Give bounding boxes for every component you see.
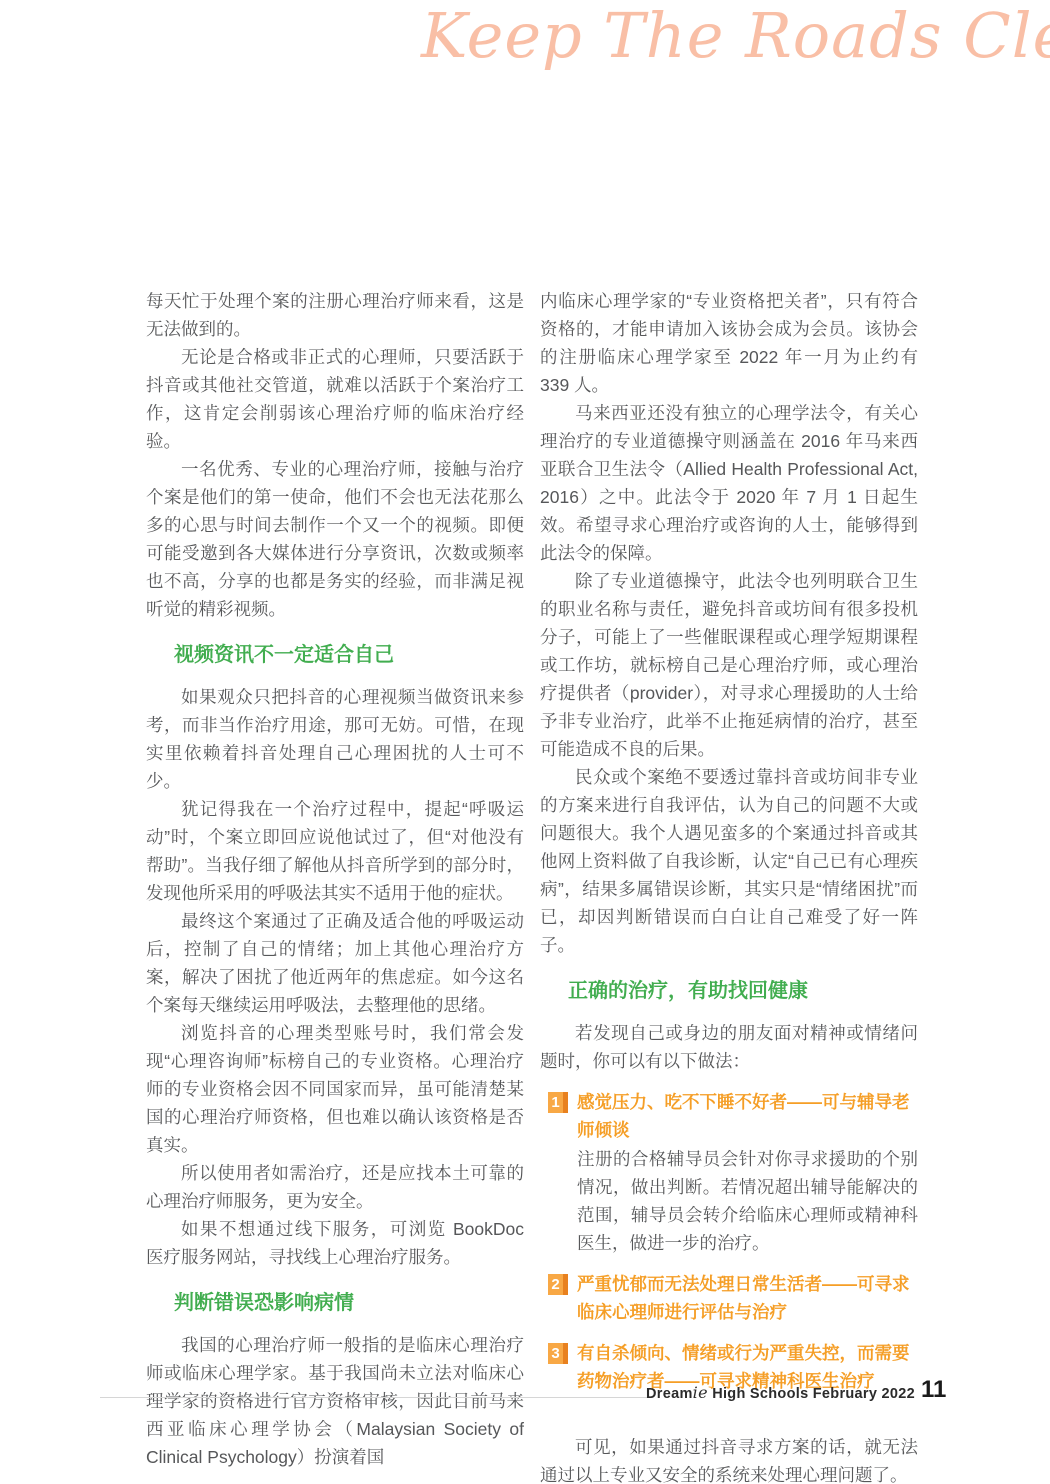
- body-paragraph: 最终这个案通过了正确及适合他的呼吸运动后，控制了自己的情绪；加上其他心理治疗方案…: [146, 907, 524, 1019]
- body-paragraph: 如果观众只把抖音的心理视频当做资讯来参考，而非当作治疗用途，那可无妨。可惜，在现…: [146, 683, 524, 795]
- magazine-page: Keep The Roads Clear 每天忙于处理个案的注册心理治疗师来看，…: [0, 0, 1050, 1484]
- body-paragraph: 除了专业道德操守，此法令也列明联合卫生的职业名称与责任，避免抖音或坊间有很多投机…: [540, 567, 918, 763]
- article-columns: 每天忙于处理个案的注册心理治疗师来看，这是无法做到的。无论是合格或非正式的心理师…: [146, 287, 918, 1484]
- list-number-badge: 2: [548, 1274, 568, 1295]
- magazine-name-prefix: Dream: [646, 1386, 693, 1402]
- numbered-advice-item: 1感觉压力、吃不下睡不好者——可与辅导老师倾谈注册的合格辅导员会针对你寻求援助的…: [540, 1088, 918, 1257]
- body-paragraph: 所以使用者如需治疗，还是应找本土可靠的心理治疗师服务，更为安全。: [146, 1159, 524, 1215]
- body-paragraph: 每天忙于处理个案的注册心理治疗师来看，这是无法做到的。: [146, 287, 524, 343]
- list-item-title: 感觉压力、吃不下睡不好者——可与辅导老师倾谈: [577, 1088, 918, 1144]
- body-paragraph: 内临床心理学家的“专业资格把关者”，只有符合资格的，才能申请加入该协会成为会员。…: [540, 287, 918, 399]
- section-heading: 正确的治疗，有助找回健康: [540, 976, 918, 1006]
- body-paragraph: 若发现自己或身边的朋友面对精神或情绪问题时，你可以有以下做法：: [540, 1019, 918, 1075]
- magazine-name-script: ie: [693, 1383, 708, 1402]
- body-paragraph: 无论是合格或非正式的心理师，只要活跃于抖音或其他社交管道，就难以活跃于个案治疗工…: [146, 343, 524, 455]
- list-number-badge: 1: [548, 1092, 568, 1113]
- magazine-issue-label: High Schools February 2022: [708, 1386, 915, 1402]
- body-paragraph: 可见，如果通过抖音寻求方案的话，就无法通过以上专业又安全的系统来处理心理问题了。: [540, 1433, 918, 1484]
- list-item-title: 严重忧郁而无法处理日常生活者——可寻求临床心理师进行评估与治疗: [577, 1270, 918, 1326]
- page-number: 11: [921, 1376, 946, 1404]
- body-paragraph: 犹记得我在一个治疗过程中，提起“呼吸运动”时，个案立即回应说他试过了，但“对他没…: [146, 795, 524, 907]
- body-paragraph: 民众或个案绝不要透过靠抖音或坊间非专业的方案来进行自我评估，认为自己的问题不大或…: [540, 763, 918, 959]
- body-paragraph: 浏览抖音的心理类型账号时，我们常会发现“心理咨询师”标榜自己的专业资格。心理治疗…: [146, 1019, 524, 1159]
- section-heading: 判断错误恐影响病情: [146, 1288, 524, 1318]
- numbered-advice-item: 2严重忧郁而无法处理日常生活者——可寻求临床心理师进行评估与治疗: [540, 1270, 918, 1326]
- article-column-right: 内临床心理学家的“专业资格把关者”，只有符合资格的，才能申请加入该协会成为会员。…: [540, 287, 918, 1484]
- running-head-script-title: Keep The Roads Clear: [421, 0, 1050, 76]
- body-paragraph: 马来西亚还没有独立的心理学法令，有关心理治疗的专业道德操守则涵盖在 2016 年…: [540, 399, 918, 567]
- list-item-description: 注册的合格辅导员会针对你寻求援助的个别情况，做出判断。若情况超出辅导能解决的范围…: [577, 1145, 918, 1257]
- list-item-content: 感觉压力、吃不下睡不好者——可与辅导老师倾谈注册的合格辅导员会针对你寻求援助的个…: [577, 1088, 918, 1257]
- article-column-left: 每天忙于处理个案的注册心理治疗师来看，这是无法做到的。无论是合格或非正式的心理师…: [146, 287, 524, 1484]
- list-item-content: 严重忧郁而无法处理日常生活者——可寻求临床心理师进行评估与治疗: [577, 1270, 918, 1326]
- footer-magazine-info: Dreamie High Schools February 2022: [400, 1383, 915, 1402]
- list-number-badge: 3: [548, 1343, 568, 1364]
- body-paragraph: 如果不想通过线下服务，可浏览 BookDoc 医疗服务网站，寻找线上心理治疗服务…: [146, 1215, 524, 1271]
- body-paragraph: 一名优秀、专业的心理治疗师，接触与治疗个案是他们的第一使命，他们不会也无法花那么…: [146, 455, 524, 623]
- section-heading: 视频资讯不一定适合自己: [146, 640, 524, 670]
